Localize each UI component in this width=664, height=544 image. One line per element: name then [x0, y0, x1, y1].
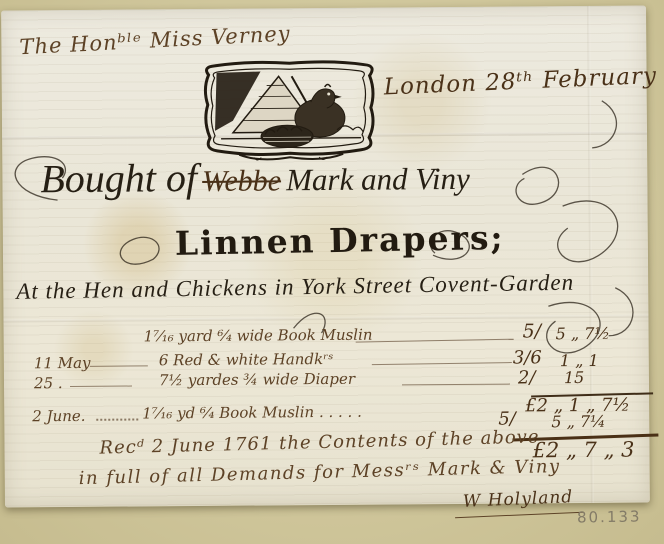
item-amount: 15 — [564, 370, 584, 387]
receipt-line-1: Recᵈ 2 June 1761 the Contents of the abo… — [99, 428, 539, 458]
receipt-line-2: in full of all Demands for Messʳˢ Mark &… — [79, 458, 561, 489]
leader-line — [90, 365, 148, 366]
item-description: 1⁷⁄₁₆ yd ⁶⁄₄ Book Muslin . . . . . — [142, 405, 362, 422]
catalog-number: 80.133 — [577, 507, 642, 526]
item-date: 2 June. — [32, 409, 85, 425]
bought-prefix: Bought of — [40, 155, 197, 201]
leader-line — [402, 384, 510, 386]
leader-line — [70, 386, 132, 387]
item-date: 11 May — [34, 356, 91, 372]
item-date: 25 . — [34, 376, 63, 392]
struck-name: Webbe — [202, 164, 281, 198]
bought-of-line: Bought of Webbe Mark and Viny — [40, 155, 470, 200]
trade-line: Linnen Drapers; — [175, 221, 505, 262]
item-description: 6 Red & white Handkʳˢ — [159, 352, 334, 369]
place-date: London 28ᵗʰ February 1761 — [383, 61, 664, 100]
fold-crease — [3, 314, 648, 322]
item-price: 2/ — [518, 369, 536, 388]
bill-paper: The Honᵇˡᵉ Miss Verney — [1, 5, 650, 507]
item-description: 1⁷⁄₁₆ yard ⁶⁄₄ wide Book Muslin — [144, 328, 373, 346]
item-amount: 5 „ 7¼ — [551, 414, 605, 431]
hen-and-chickens-emblem-icon — [198, 58, 381, 169]
item-price: 5/ — [523, 322, 542, 342]
addressee: The Honᵇˡᵉ Miss Verney — [19, 22, 291, 58]
leader-line — [372, 362, 512, 365]
signature-underline — [455, 512, 583, 518]
merchant-name: Mark and Viny — [286, 161, 470, 197]
signature: W Holyland — [463, 489, 574, 512]
scanned-bill-background: The Honᵇˡᵉ Miss Verney — [0, 0, 664, 544]
leader-line — [96, 418, 138, 420]
address-line: At the Hen and Chickens in York Street C… — [16, 271, 574, 304]
item-description: 7½ yardes ¾ wide Diaper — [159, 372, 355, 389]
leader-line — [356, 339, 514, 343]
item-amount: 5 „ 7½ — [556, 326, 610, 343]
item-price: 3/6 — [513, 349, 542, 368]
